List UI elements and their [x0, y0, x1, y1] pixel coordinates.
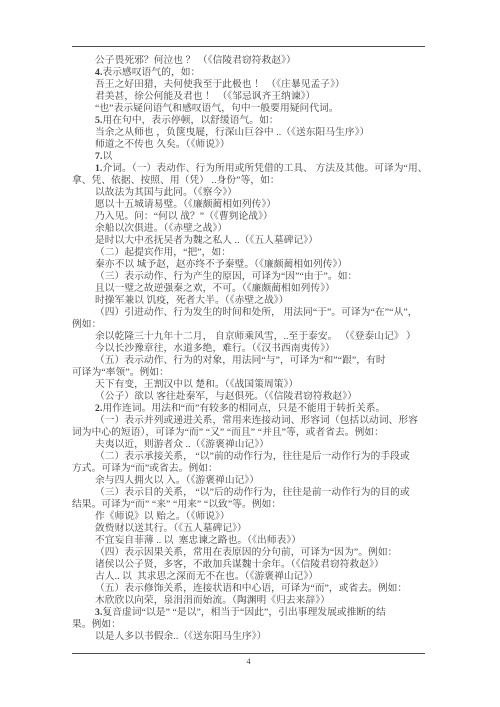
- text-line: 可译为“率领”。例如：: [72, 367, 432, 379]
- text-line: 古人.. 以 其求思之深而无不在也。（《游褒禅山记》）: [72, 571, 432, 583]
- text-line: 7.以: [72, 151, 432, 163]
- text-line: 愿以十五城请易璧。（《廉颇蔺相如列传》）: [72, 199, 432, 211]
- text-line: 4.表示感叹语气的，如：: [72, 67, 432, 79]
- text-line: 时操军兼以 饥疫，死者大半。（《赤壁之战》）: [72, 295, 432, 307]
- page-number: 4: [72, 657, 425, 666]
- text-line: 5.用在句中，表示停顿，以舒缓语气。如：: [72, 115, 432, 127]
- text-line: 果。例如：: [72, 619, 432, 631]
- text-line: 君美甚，徐公何能及君也 ！ （《邹忌讽齐王纳谏》）: [72, 91, 432, 103]
- text-line: 且以一璧之故逆强秦之欢，不可。（《廉颇蔺相如列传》）: [72, 283, 432, 295]
- text-line: 木欣欣以向荣，泉涓涓而始流。（陶渊明《归去来辞》）: [72, 595, 432, 607]
- text-line: 不宜妄自菲薄 .. 以 塞忠谏之路也。（《出师表》）: [72, 535, 432, 547]
- text-line: 词为中心的短语），可译为“而” “又” “而且” “并且”等，或者省去。例如：: [72, 427, 432, 439]
- text-line: 吾王之好田猎，夫何使我至于此极也 ！ （《庄暴见孟子》）: [72, 79, 432, 91]
- text-line: （三）表示目的关系， “以”后的动作行为，往往是前一动作行为的目的或: [72, 487, 432, 499]
- text-line: 是时以大中丞抚吴者为魏之私人 ..（《五人墓碑记》）: [72, 235, 432, 247]
- text-line: 例如：: [72, 319, 432, 331]
- text-line: 结果。可译为“而” “来” “用来” “以致”等。例如：: [72, 499, 432, 511]
- text-line: 余以乾隆三十九年十二月， 自京师乘风雪，..至于泰安。 （《登泰山记》 ）: [72, 331, 432, 343]
- text-line: 3.复音虚词“以是” “是以”，相当于“因此”，引出事理发展或推断的结: [72, 607, 432, 619]
- text-line: 秦亦不以 城予赵，赵亦终不予秦璧。（《廉颇蔺相如列传》）: [72, 259, 432, 271]
- text-line: （二）表示承接关系， “以”前的动作行为，往往是后一动作行为的手段或: [72, 451, 432, 463]
- text-line: （公子）欲以 客往赴秦军，与赵俱死。（《信陵君窃符救赵》）: [72, 391, 432, 403]
- text-line: 当余之从师也 ，负箧曳屣，行深山巨谷中 ..（《送东阳马生序》）: [72, 127, 432, 139]
- text-line: （五）表示修饰关系，连接状语和中心语，可译为“而”，或省去。例如：: [72, 583, 432, 595]
- document-body: 公子畏死邪？何泣也 ？ （《信陵君窃符救赵》）4.表示感叹语气的，如：吾王之好田…: [72, 55, 432, 643]
- text-line: 诸侯以公子贤，多客，不敢加兵谋魏十余年。（《信陵君窃符救赵》）: [72, 559, 432, 571]
- text-line: 余船以次俱进。（《赤壁之战》）: [72, 223, 432, 235]
- text-line: 公子畏死邪？何泣也 ？ （《信陵君窃符救赵》）: [72, 55, 432, 67]
- text-line: 师道之不传也 久矣。（《师说》）: [72, 139, 432, 151]
- text-line: 以故法为其国与此同。（《察今》）: [72, 187, 432, 199]
- text-line: 敛赀财以送其行。（《五人墓碑记》）: [72, 523, 432, 535]
- text-line: 拿、凭、依据、按照、用（凭） ..身份”等，如：: [72, 175, 432, 187]
- text-line: 乃入见。问：“何以 战？”（《曹刿论战》）: [72, 211, 432, 223]
- text-line: 天下有变，王割汉中以 楚和。（《战国策周策》）: [72, 379, 432, 391]
- text-line: （一）表示并列或递进关系，常用来连接动词、形容词（包括以动词、形容: [72, 415, 432, 427]
- text-line: 夫夷以近，则游者众 ..（《游褒禅山记》）: [72, 439, 432, 451]
- text-line: 今以长沙豫章往，水道多绝，难行。（《汉书西南夷传》）: [72, 343, 432, 355]
- document-page: 公子畏死邪？何泣也 ？ （《信陵君窃符救赵》）4.表示感叹语气的，如：吾王之好田…: [0, 0, 500, 707]
- text-line: 余与四人拥火以 入。（《游褒禅山记》）: [72, 475, 432, 487]
- header-rule: [72, 46, 425, 47]
- text-line: （四）引进动作、行为发生的时间和处所， 用法同“于”。可译为“在”“从”，: [72, 307, 432, 319]
- text-line: 作《师说》以 贻之。（《师说》）: [72, 511, 432, 523]
- text-line: （二）起提宾作用，“把”，如：: [72, 247, 432, 259]
- text-line: （五）表示动作、行为的对象，用法同“与”，可译为“和”“跟”，有时: [72, 355, 432, 367]
- text-line: （四）表示因果关系，常用在表原因的分句前，可译为“因为”。例如：: [72, 547, 432, 559]
- text-line: 1.介词。（一）表动作、行为所用或所凭借的工具、 方法及其他。可译为“用、: [72, 163, 432, 175]
- text-line: （三）表示动作、行为产生的原因，可译为“因”“由于”。如：: [72, 271, 432, 283]
- footer-rule: [72, 653, 425, 654]
- text-line: 2.用作连词。用法和“而”有较多的相同点，只是不能用于转折关系。: [72, 403, 432, 415]
- text-line: “也”表示疑问语气和感叹语气，句中一般要用疑问代词。: [72, 103, 432, 115]
- text-line: 方式。可译为“而”或省去。例如：: [72, 463, 432, 475]
- text-line: 以是人多以书假余..（《送东阳马生序》）: [72, 631, 432, 643]
